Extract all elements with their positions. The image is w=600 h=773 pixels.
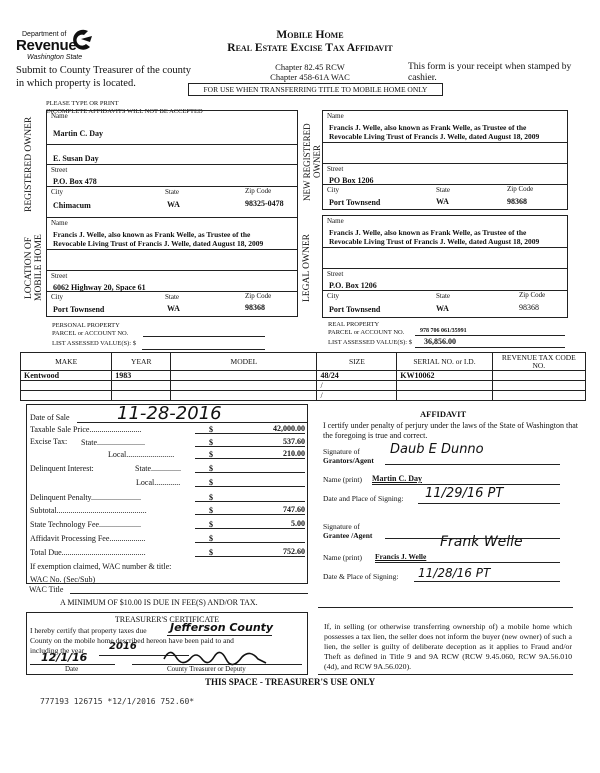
legal-owner-city[interactable]: Port Townsend bbox=[329, 305, 380, 314]
table-row: / bbox=[21, 381, 586, 391]
tech-fee-value[interactable]: 5.00 bbox=[195, 519, 305, 529]
chapter-rcw: Chapter 82.45 RCW bbox=[240, 62, 380, 72]
excise-state-label: State........................ bbox=[81, 438, 145, 447]
affidavit-certify: I certify under penalty of perjury under… bbox=[323, 421, 578, 441]
treasurer-use-only: THIS SPACE - TREASURER'S USE ONLY bbox=[205, 677, 375, 687]
grantee-date[interactable]: 11/28/16 PT bbox=[418, 566, 490, 580]
delinquent-local-value[interactable] bbox=[195, 477, 305, 487]
cell-serial[interactable] bbox=[397, 381, 492, 391]
registered-owner-state[interactable]: WA bbox=[167, 200, 180, 209]
treasurer-year[interactable]: 2016 bbox=[109, 641, 137, 652]
grantor-date-label: Date and Place of Signing: bbox=[323, 494, 403, 503]
grantor-date[interactable]: 11/29/16 PT bbox=[425, 486, 503, 501]
state-label: State bbox=[436, 292, 450, 300]
treasurer-signature-icon bbox=[162, 645, 272, 667]
name-label: Name bbox=[327, 217, 344, 225]
grantee-name[interactable]: Francis J. Welle bbox=[375, 552, 426, 561]
new-owner-zip[interactable]: 98368 bbox=[507, 197, 527, 206]
cell-make[interactable] bbox=[21, 391, 112, 401]
affidavit-fee-label: Affidavit Processing Fee................… bbox=[30, 534, 145, 543]
chapter-references: Chapter 82.45 RCW Chapter 458-61A WAC bbox=[240, 62, 380, 82]
cell-year[interactable] bbox=[112, 381, 171, 391]
cell-year[interactable] bbox=[112, 391, 171, 401]
registered-owner-street[interactable]: P.O. Box 478 bbox=[53, 177, 97, 186]
city-label: City bbox=[51, 293, 63, 301]
affidavit-title: AFFIDAVIT bbox=[420, 409, 466, 419]
delinquent-penalty-value[interactable] bbox=[195, 492, 305, 502]
table-row: Kentwood 1983 48/24 KW10062 bbox=[21, 371, 586, 381]
grantor-signature-label1: Signature of bbox=[323, 447, 374, 456]
city-label: City bbox=[327, 292, 339, 300]
wac-title-input[interactable] bbox=[70, 593, 308, 594]
zip-label: Zip Code bbox=[507, 185, 533, 193]
grantor-signature-label: Signature of Grantors/Agent bbox=[323, 447, 374, 465]
real-property-label: REAL PROPERTY PARCEL or ACCOUNT NO. bbox=[328, 321, 404, 337]
cell-tax-code[interactable] bbox=[492, 381, 585, 391]
deputy-label: County Treasurer or Deputy bbox=[167, 665, 246, 673]
grantor-date-line bbox=[418, 503, 560, 504]
cell-serial[interactable] bbox=[397, 391, 492, 401]
zip-label: Zip Code bbox=[519, 291, 545, 299]
wac-no-input[interactable] bbox=[125, 583, 307, 584]
chapter-wac: Chapter 458-61A WAC bbox=[240, 72, 380, 82]
cell-size[interactable]: / bbox=[317, 391, 397, 401]
form-title-line2: Real Estate Excise Tax Affidavit bbox=[180, 42, 440, 54]
grantee-name-line bbox=[375, 562, 560, 563]
location-city[interactable]: Port Townsend bbox=[53, 305, 104, 314]
total-due-value[interactable]: 752.60 bbox=[195, 547, 305, 557]
new-owner-name-line1: Francis J. Welle, also known as Frank We… bbox=[329, 123, 539, 132]
registered-owner-section: NameMartin C. Day E. Susan Day StreetP.O… bbox=[46, 110, 298, 218]
location-street[interactable]: 6062 Highway 20, Space 61 bbox=[53, 283, 146, 292]
excise-local-label: Local........................ bbox=[108, 450, 174, 459]
registered-owner-zip[interactable]: 98325-0478 bbox=[245, 199, 284, 208]
wac-title-label: WAC Title bbox=[29, 585, 63, 594]
form-title-line1: Mobile Home bbox=[200, 29, 420, 41]
grantee-signature[interactable]: Frank Welle bbox=[440, 534, 523, 550]
date-label: Date bbox=[65, 665, 78, 673]
street-label: Street bbox=[51, 272, 67, 280]
treasurer-certificate: TREASURER'S CERTIFICATE I hereby certify… bbox=[26, 612, 308, 675]
table-header-row: MAKE YEAR MODEL SIZE SERIAL NO. or I.D. … bbox=[21, 353, 586, 371]
grantee-signature-label2: Grantee /Agent bbox=[323, 531, 372, 540]
location-zip[interactable]: 98368 bbox=[245, 303, 265, 312]
real-property-label2: PARCEL or ACCOUNT NO. bbox=[328, 329, 404, 337]
delinquent-penalty-label: Delinquent Penalty......................… bbox=[30, 493, 141, 502]
location-name-line2: Revocable Living Trust of Francis J. Wel… bbox=[53, 239, 263, 248]
header-make: MAKE bbox=[21, 353, 112, 371]
location-name[interactable]: Francis J. Welle, also known as Frank We… bbox=[53, 230, 263, 248]
personal-property-label2: PARCEL or ACCOUNT NO. bbox=[52, 330, 128, 338]
street-label: Street bbox=[51, 166, 67, 174]
new-owner-name[interactable]: Francis J. Welle, also known as Frank We… bbox=[329, 123, 539, 141]
legal-owner-name-line1: Francis J. Welle, also known as Frank We… bbox=[329, 228, 539, 237]
tech-fee-label: State Technology Fee....................… bbox=[30, 520, 141, 529]
grantor-name-label: Name (print) bbox=[323, 475, 362, 484]
lien-notice: If, in selling (or otherwise transferrin… bbox=[324, 622, 572, 672]
agency-state: Washington State bbox=[27, 54, 82, 61]
real-assessed-line bbox=[415, 347, 565, 348]
registered-owner-city[interactable]: Chimacum bbox=[53, 201, 91, 210]
new-owner-state[interactable]: WA bbox=[436, 197, 449, 206]
personal-property-label: PERSONAL PROPERTY PARCEL or ACCOUNT NO. bbox=[52, 322, 128, 338]
treasurer-line1: I hereby certify that property taxes due bbox=[30, 626, 147, 635]
date-of-sale-label: Date of Sale bbox=[30, 413, 70, 422]
excise-tax-label: Excise Tax: bbox=[30, 437, 67, 446]
subtotal-value[interactable]: 747.60 bbox=[195, 505, 305, 515]
new-registered-owner-section: Name Francis J. Welle, also known as Fra… bbox=[322, 110, 568, 210]
delinquent-state-value[interactable] bbox=[195, 463, 305, 473]
grantee-date-line bbox=[414, 581, 560, 582]
minimum-note: A MINIMUM OF $10.00 IS DUE IN FEE(S) AND… bbox=[60, 598, 258, 607]
state-label: State bbox=[165, 188, 179, 196]
excise-local-value[interactable]: 210.00 bbox=[195, 449, 305, 459]
date-of-sale-line bbox=[77, 422, 307, 423]
real-assessed-value[interactable]: 36,856.00 bbox=[424, 337, 456, 346]
grantor-signature-label2: Grantors/Agent bbox=[323, 456, 374, 465]
excise-state-value[interactable]: 537.60 bbox=[195, 437, 305, 447]
legal-owner-zip[interactable]: 98368 bbox=[519, 303, 539, 312]
location-name-line1: Francis J. Welle, also known as Frank We… bbox=[53, 230, 263, 239]
new-owner-street[interactable]: PO Box 1206 bbox=[329, 176, 373, 185]
city-label: City bbox=[51, 188, 63, 196]
name-label: Name bbox=[51, 219, 68, 227]
subtotal-label: Subtotal................................… bbox=[30, 506, 147, 515]
cell-tax-code[interactable] bbox=[492, 391, 585, 401]
city-label: City bbox=[327, 186, 339, 194]
cell-model[interactable] bbox=[171, 371, 317, 381]
real-parcel-line bbox=[415, 335, 565, 336]
total-due-label: Total Due...............................… bbox=[30, 548, 146, 557]
cell-model[interactable] bbox=[171, 381, 317, 391]
location-section: Name Francis J. Welle, also known as Fra… bbox=[46, 217, 298, 317]
legal-owner-state[interactable]: WA bbox=[436, 304, 449, 313]
for-use-banner: FOR USE WHEN TRANSFERRING TITLE TO MOBIL… bbox=[188, 83, 443, 96]
cell-make[interactable]: Kentwood bbox=[21, 371, 112, 381]
cell-make[interactable] bbox=[21, 381, 112, 391]
location-state[interactable]: WA bbox=[167, 304, 180, 313]
mobile-home-table: MAKE YEAR MODEL SIZE SERIAL NO. or I.D. … bbox=[20, 352, 586, 401]
header-tax-code: REVENUE TAX CODE NO. bbox=[492, 353, 585, 371]
date-of-sale-value[interactable]: 11-28-2016 bbox=[117, 403, 222, 424]
treasurer-use-line bbox=[318, 674, 573, 675]
delinquent-state-label: State............... bbox=[135, 464, 181, 473]
real-assessed-label: LIST ASSESSED VALUE(S): $ bbox=[328, 339, 412, 346]
zip-label: Zip Code bbox=[245, 292, 271, 300]
header-size: SIZE bbox=[317, 353, 397, 371]
new-owner-city[interactable]: Port Townsend bbox=[329, 198, 380, 207]
legal-owner-section: Name Francis J. Welle, also known as Fra… bbox=[322, 215, 568, 318]
cell-size[interactable]: 48/24 bbox=[317, 371, 397, 381]
revenue-logo-icon bbox=[68, 28, 94, 52]
registered-owner-name[interactable]: Martin C. Day bbox=[53, 129, 103, 138]
exemption-label: If exemption claimed, WAC number & title… bbox=[30, 562, 171, 571]
cell-year[interactable]: 1983 bbox=[112, 371, 171, 381]
cell-model[interactable] bbox=[171, 391, 317, 401]
street-label: Street bbox=[327, 270, 343, 278]
affidavit-fee-value[interactable] bbox=[195, 533, 305, 543]
wac-no-label: WAC No. (Sec/Sub) bbox=[30, 575, 95, 584]
new-owner-name-line2: Revocable Living Trust of Francis J. Wel… bbox=[329, 132, 539, 141]
submit-note: Submit to County Treasurer of the county… bbox=[16, 64, 196, 90]
legal-owner-street[interactable]: P.O. Box 1206 bbox=[329, 281, 377, 290]
grantee-date-label: Date & Place of Signing: bbox=[323, 572, 398, 581]
taxable-price-label: Taxable Sale Price......................… bbox=[30, 425, 141, 434]
grantee-signature-label1: Signature of bbox=[323, 522, 372, 531]
grantee-signature-line bbox=[385, 538, 560, 539]
cell-serial[interactable]: KW10062 bbox=[397, 371, 492, 381]
name-label: Name bbox=[51, 112, 68, 120]
name-label: Name bbox=[327, 112, 344, 120]
personal-assessed-line bbox=[142, 349, 265, 350]
table-row: / bbox=[21, 391, 586, 401]
personal-property-label1: PERSONAL PROPERTY bbox=[52, 322, 128, 330]
receipt-note: This form is your receipt when stamped b… bbox=[408, 62, 588, 84]
legal-owner-name[interactable]: Francis J. Welle, also known as Frank We… bbox=[329, 228, 539, 246]
cell-tax-code[interactable] bbox=[492, 371, 585, 381]
registered-owner-name2[interactable]: E. Susan Day bbox=[53, 154, 99, 163]
grantee-signature-label: Signature of Grantee /Agent bbox=[323, 522, 372, 540]
legal-owner-name-line2: Revocable Living Trust of Francis J. Wel… bbox=[329, 237, 539, 246]
personal-assessed-label: LIST ASSESSED VALUE(S): $ bbox=[52, 340, 136, 347]
cell-size[interactable]: / bbox=[317, 381, 397, 391]
please-type: PLEASE TYPE OR PRINT bbox=[46, 100, 203, 108]
header-year: YEAR bbox=[112, 353, 171, 371]
state-label: State bbox=[436, 186, 450, 194]
grantee-name-label: Name (print) bbox=[323, 553, 362, 562]
street-label: Street bbox=[327, 165, 343, 173]
affidavit-divider bbox=[318, 607, 573, 608]
real-parcel-number[interactable]: 978 706 061/35991 bbox=[420, 328, 467, 334]
zip-label: Zip Code bbox=[245, 187, 271, 195]
header-serial: SERIAL NO. or I.D. bbox=[397, 353, 492, 371]
grantor-signature-line bbox=[385, 464, 560, 465]
delinquent-interest-label: Delinquent Interest: bbox=[30, 464, 94, 473]
delinquent-local-label: Local............. bbox=[136, 478, 180, 487]
grantor-name[interactable]: Martin C. Day bbox=[372, 474, 422, 483]
header-model: MODEL bbox=[171, 353, 317, 371]
taxable-price-value[interactable]: 42,000.00 bbox=[195, 424, 305, 434]
treasurer-county[interactable]: Jefferson County bbox=[170, 621, 273, 634]
personal-parcel-line bbox=[143, 336, 265, 337]
treasurer-date[interactable]: 12/1/16 bbox=[41, 651, 87, 664]
grantor-name-line bbox=[372, 484, 560, 485]
fees-section: Date of Sale 11-28-2016 Taxable Sale Pri… bbox=[26, 404, 308, 584]
state-label: State bbox=[165, 293, 179, 301]
real-property-label1: REAL PROPERTY bbox=[328, 321, 404, 329]
receipt-stamp: 777193 126715 *12/1/2016 752.60* bbox=[40, 697, 194, 706]
grantor-signature[interactable]: Daub E Dunno bbox=[390, 442, 484, 457]
